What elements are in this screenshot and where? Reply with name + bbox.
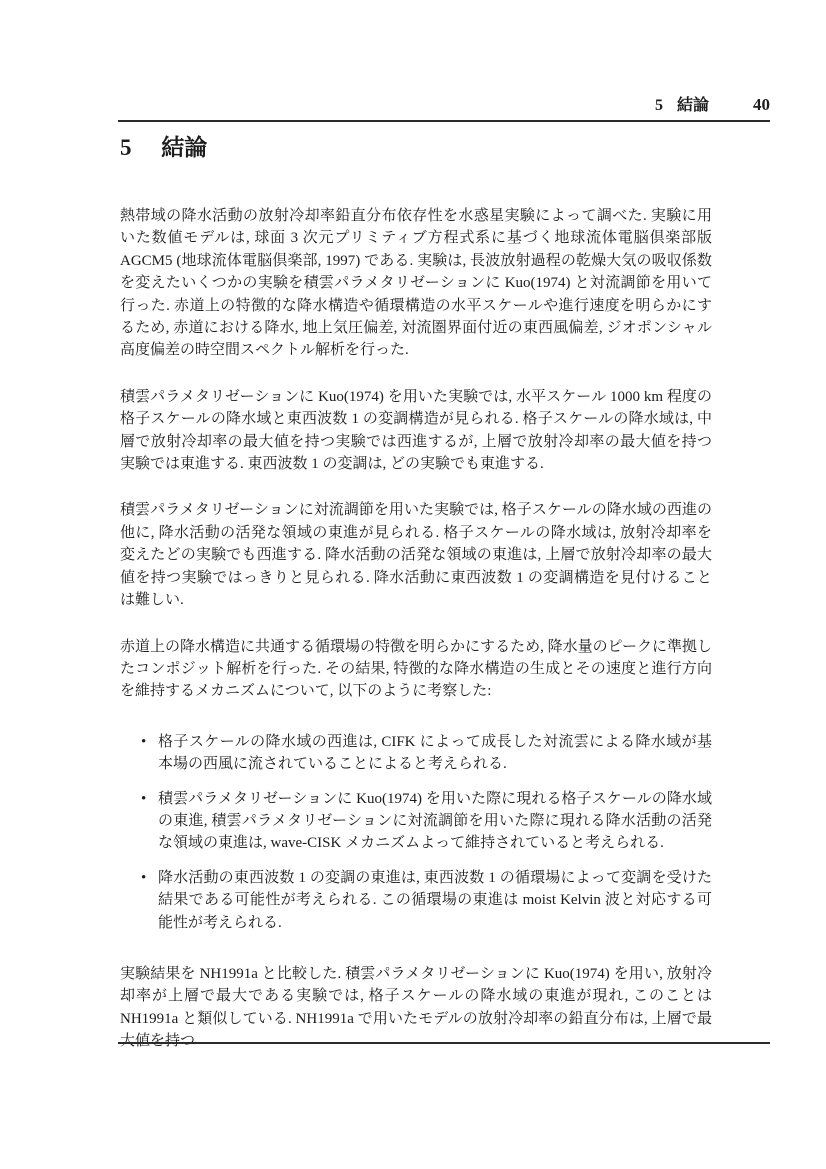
section-heading: 5 結論 xyxy=(120,134,207,162)
paragraph-composite-analysis: 赤道上の降水構造に共通する循環場の特徴を明らかにするため, 降水量のピークに準拠… xyxy=(120,636,712,703)
header-page-number: 40 xyxy=(753,95,770,115)
conclusion-item-text: 積雲パラメタリゼーションに Kuo(1974) を用いた際に現れる格子スケールの… xyxy=(158,791,712,852)
bullet-icon: • xyxy=(141,867,146,889)
running-header: 5 結論 40 xyxy=(118,92,770,122)
bullet-icon: • xyxy=(141,731,146,753)
header-section-number: 5 xyxy=(655,97,663,115)
header-section-title: 結論 xyxy=(677,92,709,115)
conclusion-item: • 格子スケールの降水域の西進は, CIFK によって成長した対流雲による降水域… xyxy=(120,731,712,776)
paragraph-kuo-experiment: 積雲パラメタリゼーションに Kuo(1974) を用いた実験では, 水平スケール… xyxy=(120,386,712,476)
footer-rule xyxy=(118,1042,770,1044)
section-heading-title: 結論 xyxy=(161,134,207,160)
document-page: 5 結論 40 5 結論 熱帯域の降水活動の放射冷却率鉛直分布依存性を水惑星実験… xyxy=(0,0,826,1169)
conclusion-item: • 積雲パラメタリゼーションに Kuo(1974) を用いた際に現れる格子スケー… xyxy=(120,788,712,855)
conclusion-item: • 降水活動の東西波数 1 の変調の東進は, 東西波数 1 の循環場によって変調… xyxy=(120,867,712,934)
paragraph-comparison: 実験結果を NH1991a と比較した. 積雲パラメタリゼーションに Kuo(1… xyxy=(120,963,712,1053)
bullet-icon: • xyxy=(141,788,146,810)
paragraph-convective-adjustment: 積雲パラメタリゼーションに対流調節を用いた実験では, 格子スケールの降水域の西進… xyxy=(120,499,712,611)
section-heading-number: 5 xyxy=(120,135,132,160)
body-text: 熱帯域の降水活動の放射冷却率鉛直分布依存性を水惑星実験によって調べた. 実験に用… xyxy=(120,205,712,1077)
conclusion-item-text: 格子スケールの降水域の西進は, CIFK によって成長した対流雲による降水域が基… xyxy=(158,734,712,772)
conclusion-item-text: 降水活動の東西波数 1 の変調の東進は, 東西波数 1 の循環場によって変調を受… xyxy=(158,870,712,931)
paragraph-intro: 熱帯域の降水活動の放射冷却率鉛直分布依存性を水惑星実験によって調べた. 実験に用… xyxy=(120,205,712,362)
conclusion-list: • 格子スケールの降水域の西進は, CIFK によって成長した対流雲による降水域… xyxy=(120,731,712,934)
